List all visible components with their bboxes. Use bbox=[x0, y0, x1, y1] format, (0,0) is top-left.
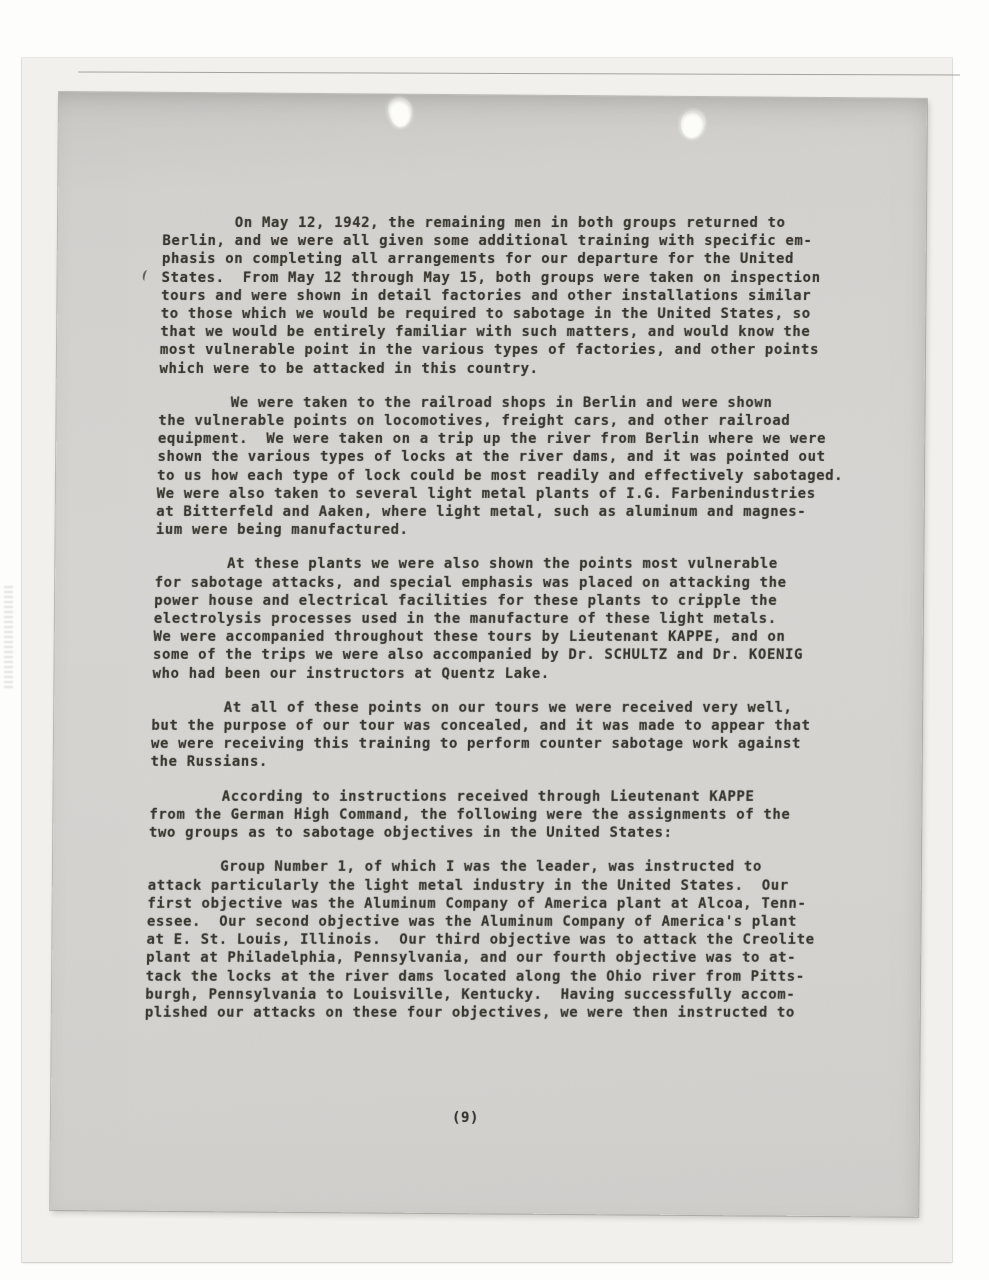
text-line: We were taken to the railroad shops in B… bbox=[159, 394, 859, 412]
text-line: but the purpose of our tour was conceale… bbox=[151, 717, 851, 735]
text-line: At these plants we were also shown the p… bbox=[155, 555, 855, 573]
margin-ghost-marks bbox=[4, 586, 13, 690]
paragraph: We were taken to the railroad shops in B… bbox=[156, 394, 859, 540]
paragraph: According to instructions received throu… bbox=[149, 788, 850, 843]
text-line: essee. Our second objective was the Alum… bbox=[147, 913, 847, 931]
text-line: two groups as to sabotage objectives in … bbox=[149, 824, 849, 842]
document-text: On May 12, 1942, the remaining men in bo… bbox=[144, 214, 863, 1038]
text-line: who had been our instructors at Quentz L… bbox=[152, 665, 852, 683]
text-line: On May 12, 1942, the remaining men in bo… bbox=[163, 214, 863, 232]
text-line: which were to be attacked in this countr… bbox=[159, 360, 859, 378]
paragraph: On May 12, 1942, the remaining men in bo… bbox=[159, 214, 863, 378]
text-line: We were accompanied throughout these tou… bbox=[153, 628, 853, 646]
text-line: plant at Philadelphia, Pennsylvania, and… bbox=[146, 949, 846, 967]
text-line: power house and electrical facilities fo… bbox=[154, 592, 854, 610]
text-line: to us how each type of lock could be mos… bbox=[157, 467, 857, 485]
text-line: plished our attacks on these four object… bbox=[145, 1004, 845, 1022]
paragraph: Group Number 1, of which I was the leade… bbox=[145, 858, 849, 1022]
text-line: first objective was the Aluminum Company… bbox=[147, 895, 847, 913]
text-line: the vulnerable points on locomotives, fr… bbox=[158, 412, 858, 430]
text-line: burgh, Pennsylvania to Louisville, Kentu… bbox=[145, 986, 845, 1004]
page-number: (9) bbox=[452, 1110, 479, 1126]
paragraph: At these plants we were also shown the p… bbox=[152, 555, 855, 682]
text-line: electrolysis processes used in the manuf… bbox=[154, 610, 854, 628]
text-line: we were receiving this training to perfo… bbox=[151, 735, 851, 753]
punch-hole-right bbox=[679, 110, 705, 140]
text-line: We were also taken to several light meta… bbox=[156, 485, 856, 503]
text-line: from the German High Command, the follow… bbox=[149, 806, 849, 824]
text-line: phasis on completing all arrangements fo… bbox=[162, 250, 862, 268]
text-line: States. From May 12 through May 15, both… bbox=[161, 269, 861, 287]
text-line: According to instructions received throu… bbox=[150, 788, 850, 806]
text-line: tours and were shown in detail factories… bbox=[161, 287, 861, 305]
text-line: shown the various types of locks at the … bbox=[157, 448, 857, 466]
text-line: the Russians. bbox=[150, 753, 850, 771]
text-line: attack particularly the light metal indu… bbox=[148, 877, 848, 895]
punch-hole-left bbox=[387, 97, 412, 128]
text-line: for sabotage attacks, and special emphas… bbox=[154, 574, 854, 592]
text-line: equipment. We were taken on a trip up th… bbox=[158, 430, 858, 448]
text-line: at Bitterfeld and Aaken, where light met… bbox=[156, 503, 856, 521]
paragraph: At all of these points on our tours we w… bbox=[150, 699, 852, 772]
text-line: most vulnerable point in the various typ… bbox=[160, 341, 860, 359]
text-line: to those which we would be required to s… bbox=[161, 305, 861, 323]
text-line: Berlin, and we were all given some addit… bbox=[162, 232, 862, 250]
text-line: At all of these points on our tours we w… bbox=[152, 699, 852, 717]
text-line: some of the trips we were also accompani… bbox=[153, 646, 853, 664]
text-line: at E. St. Louis, Illinois. Our third obj… bbox=[146, 931, 846, 949]
text-line: that we would be entirely familiar with … bbox=[160, 323, 860, 341]
scanned-document: On May 12, 1942, the remaining men in bo… bbox=[0, 0, 989, 1280]
text-line: Group Number 1, of which I was the leade… bbox=[148, 858, 848, 876]
text-line: ium were being manufactured. bbox=[156, 521, 856, 539]
text-line: tack the locks at the river dams located… bbox=[145, 968, 845, 986]
